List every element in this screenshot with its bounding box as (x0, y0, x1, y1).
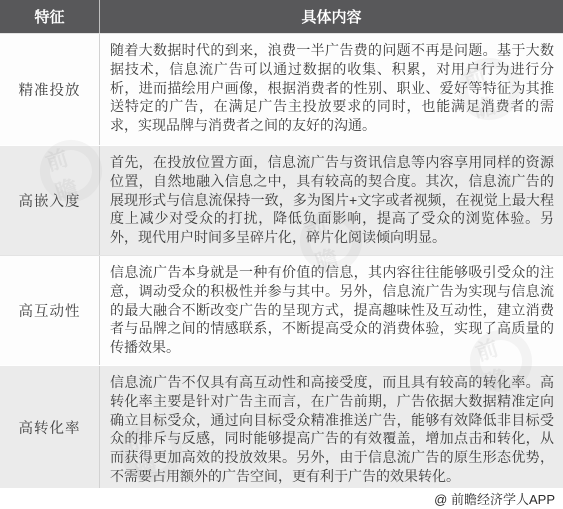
header-cell-feature: 特征 (0, 0, 100, 33)
feature-cell: 精准投放 (0, 34, 100, 145)
table-header-row: 特征 具体内容 (0, 0, 563, 33)
table-row: 精准投放 随着大数据时代的到来，浪费一半广告费的问题不再是问题。基于大数据技术，… (0, 33, 563, 145)
credit-text: @ 前瞻经济学人APP (434, 489, 555, 508)
content-cell: 信息流广告本身就是一种有价值的信息，其内容往往能够吸引受众的注意，调动受众的积极… (100, 256, 563, 365)
feature-cell: 高转化率 (0, 366, 100, 488)
table-row: 高互动性 信息流广告本身就是一种有价值的信息，其内容往往能够吸引受众的注意，调动… (0, 255, 563, 365)
content-cell: 信息流广告不仅具有高互动性和高接受度，而且具有较高的转化率。高转化率主要是针对广… (100, 366, 563, 488)
content-cell: 随着大数据时代的到来，浪费一半广告费的问题不再是问题。基于大数据技术，信息流广告… (100, 34, 563, 145)
feature-table: 特征 具体内容 精准投放 随着大数据时代的到来，浪费一半广告费的问题不再是问题。… (0, 0, 563, 488)
feature-cell: 高嵌入度 (0, 146, 100, 255)
header-cell-content: 具体内容 (100, 0, 563, 33)
table-row: 高嵌入度 首先，在投放位置方面，信息流广告与资讯信息等内容享用同样的资源位置，自… (0, 145, 563, 255)
credit-line: @ 前瞻经济学人APP (0, 488, 563, 509)
infographic-page: 特征 具体内容 精准投放 随着大数据时代的到来，浪费一半广告费的问题不再是问题。… (0, 0, 563, 509)
table-row: 高转化率 信息流广告不仅具有高互动性和高接受度，而且具有较高的转化率。高转化率主… (0, 365, 563, 488)
feature-cell: 高互动性 (0, 256, 100, 365)
content-cell: 首先，在投放位置方面，信息流广告与资讯信息等内容享用同样的资源位置，自然地融入信… (100, 146, 563, 255)
